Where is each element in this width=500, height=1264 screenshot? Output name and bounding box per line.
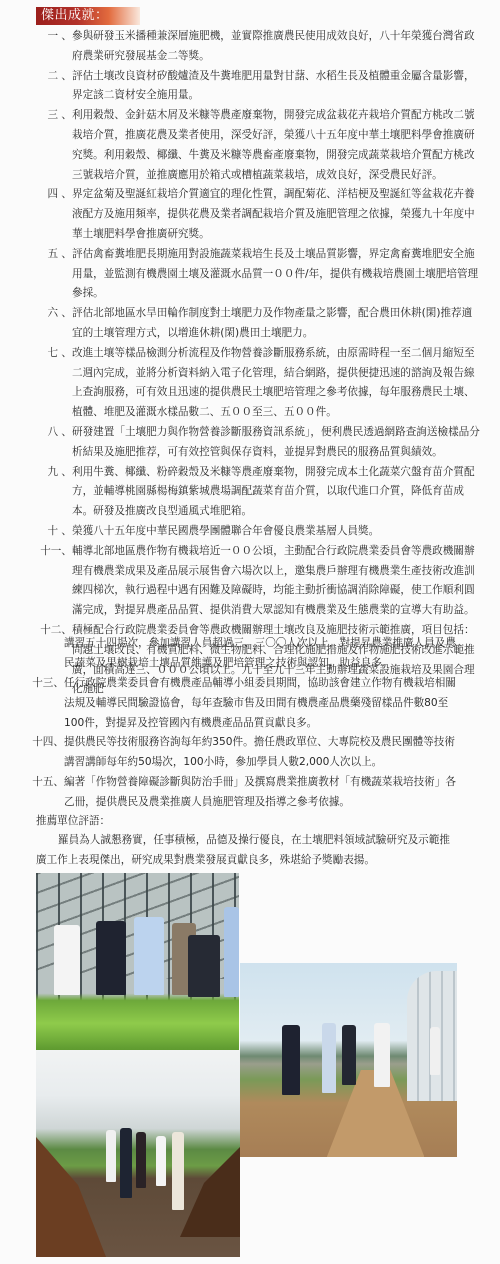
list-item: 十五、編著「作物營養障礙診斷與防治手冊」及撰寫農業推廣教材「有機蔬菜栽培技術」各… — [0, 773, 500, 813]
person-figure — [136, 1132, 146, 1188]
section-title: 傑出成就： — [36, 7, 140, 25]
item-text: 榮獲八十五年度中華民國農學團體聯合年會優良農業基層人員獎。 — [72, 522, 480, 542]
list-item: 十四、提供農民等技術服務咨詢每年約350件。擔任農政單位、大專院校及農民團體等技… — [0, 733, 500, 773]
item-number: 九 、 — [40, 463, 72, 483]
person-figure — [172, 1132, 184, 1210]
item-text: 利用穀殼、金針菇木屑及米糠等農產廢棄物，開發完成盆栽花卉栽培介質配方桃改二號栽培… — [72, 106, 480, 185]
item-text: 利用牛糞、椰纖、粉碎穀殼及米糠等農產廢棄物，開發完成本土化蔬菜穴盤育苗介質配方，… — [72, 463, 480, 522]
list-item: 五 、評估禽畜糞堆肥長期施用對設施蔬菜栽培生長及土壤品質影響，界定禽畜糞堆肥安全… — [0, 245, 500, 304]
compost-site-photo — [36, 1050, 240, 1257]
item-text: 編著「作物營養障礙診斷與防治手冊」及撰寫農業推廣教材「有機蔬菜栽培技術」各乙冊，… — [64, 773, 460, 813]
person-figure — [188, 935, 220, 997]
item-number: 八 、 — [40, 423, 72, 443]
person-figure — [54, 925, 80, 995]
person-figure — [156, 1136, 166, 1186]
list-item: 六 、評估北部地區水旱田輪作制度對土壤肥力及作物產量之影響，配合農田休耕(閑)推… — [0, 304, 500, 344]
evaluation-title: 推薦單位評語： — [36, 812, 110, 830]
item-text: 評估土壤改良資材矽酸爐渣及牛糞堆肥用量對甘藷、水稻生長及植體重金屬含量影響，界定… — [72, 67, 480, 107]
person-figure — [374, 1023, 390, 1087]
section-header: 傑出成就： — [36, 7, 140, 25]
person-figure — [322, 1023, 336, 1093]
item-text: 輔導北部地區農作物有機栽培近一００公頃，主動配合行政院農業委員會等農政機關辦理有… — [72, 542, 480, 621]
greenhouse-lettuce-inspection-photo — [36, 873, 239, 1050]
item-text: 研發建置「土壤肥力與作物營養診斷服務資訊系統」，便利農民透過網路查詢送檢樣品分析… — [72, 423, 480, 463]
list-item: 四 、界定盆菊及聖誕紅栽培介質適宜的理化性質，調配菊花、洋桔梗及聖誕紅等盆栽花卉… — [0, 185, 500, 244]
evaluation-body: 羅員為人誠懇務實，任事積極，品德及操行優良，在土壤肥料領域試驗研究及示範推廣工作… — [36, 831, 460, 870]
item-text: 參與研發玉米播種兼深層施肥機，並實際推廣農民使用成效良好，八十年榮獲台灣省政府農… — [72, 27, 480, 67]
person-figure — [106, 1130, 116, 1182]
list-item: 九 、利用牛糞、椰纖、粉碎穀殼及米糠等農產廢棄物，開發完成本土化蔬菜穴盤育苗介質… — [0, 463, 500, 522]
item-number: 十四、 — [30, 733, 64, 753]
person-figure — [282, 1025, 300, 1095]
item-number: 五 、 — [40, 245, 72, 265]
compost-pile-graphic — [180, 1147, 240, 1237]
item-text: 改進土壤等樣品檢測分析流程及作物營養診斷服務系統，由原需時程一至二個月縮短至二週… — [72, 344, 480, 423]
list-item: 一 、參與研發玉米播種兼深層施肥機，並實際推廣農民使用成效良好，八十年榮獲台灣省… — [0, 27, 500, 67]
field-path-walk-photo — [240, 963, 457, 1157]
list-item: 十 、榮獲八十五年度中華民國農學團體聯合年會優良農業基層人員獎。 — [0, 522, 500, 542]
person-figure — [134, 917, 164, 995]
item-text: 評估北部地區水旱田輪作制度對土壤肥力及作物產量之影響，配合農田休耕(閑)推荐適宜… — [72, 304, 480, 344]
list-item: 十一、輔導北部地區農作物有機栽培近一００公頃，主動配合行政院農業委員會等農政機關… — [0, 542, 500, 621]
item-text: 任行政院農業委員會有機農產品輔導小組委員期間，協助該會建立作物有機栽培相關法規及… — [64, 674, 460, 733]
list-item: 三 、利用穀殼、金針菇木屑及米糠等農產廢棄物，開發完成盆栽花卉栽培介質配方桃改二… — [0, 106, 500, 185]
item-number: 十三、 — [30, 674, 64, 694]
item-number: 一 、 — [40, 27, 72, 47]
achievement-list: 一 、參與研發玉米播種兼深層施肥機，並實際推廣農民使用成效良好，八十年榮獲台灣省… — [0, 27, 500, 700]
item-number: 二 、 — [40, 67, 72, 87]
item-number: 十五、 — [30, 773, 64, 793]
item-number: 十一、 — [40, 542, 72, 562]
item-text: 界定盆菊及聖誕紅栽培介質適宜的理化性質，調配菊花、洋桔梗及聖誕紅等盆栽花卉養液配… — [72, 185, 480, 244]
item-text: 提供農民等技術服務咨詢每年約350件。擔任農政單位、大專院校及農民團體等技術講習… — [64, 733, 460, 773]
item-number: 三 、 — [40, 106, 72, 126]
list-item: 八 、研發建置「土壤肥力與作物營養診斷服務資訊系統」，便利農民透過網路查詢送檢樣… — [0, 423, 500, 463]
person-figure — [96, 921, 126, 995]
person-figure — [342, 1025, 356, 1085]
item-number: 六 、 — [40, 304, 72, 324]
list-item: 二 、評估土壤改良資材矽酸爐渣及牛糞堆肥用量對甘藷、水稻生長及植體重金屬含量影響… — [0, 67, 500, 107]
item-number: 四 、 — [40, 185, 72, 205]
item-text: 評估禽畜糞堆肥長期施用對設施蔬菜栽培生長及土壤品質影響，界定禽畜糞堆肥安全施用量… — [72, 245, 480, 304]
item-number: 七 、 — [40, 344, 72, 364]
continued-text: 講習五十四場次，參加講習人員超過三、三〇〇人次以上，對提昇農業推廣人員及農民蔬菜… — [64, 634, 460, 674]
list-item: 十三、任行政院農業委員會有機農產品輔導小組委員期間，協助該會建立作物有機栽培相關… — [0, 674, 500, 733]
achievement-list-continued: 十三、任行政院農業委員會有機農產品輔導小組委員期間，協助該會建立作物有機栽培相關… — [0, 674, 500, 813]
person-figure — [224, 907, 239, 997]
item-number: 十 、 — [40, 522, 72, 542]
list-item: 七 、改進土壤等樣品檢測分析流程及作物營養診斷服務系統，由原需時程一至二個月縮短… — [0, 344, 500, 423]
person-figure — [120, 1128, 132, 1198]
compost-pile-graphic — [36, 1137, 106, 1257]
person-figure — [430, 1027, 440, 1075]
